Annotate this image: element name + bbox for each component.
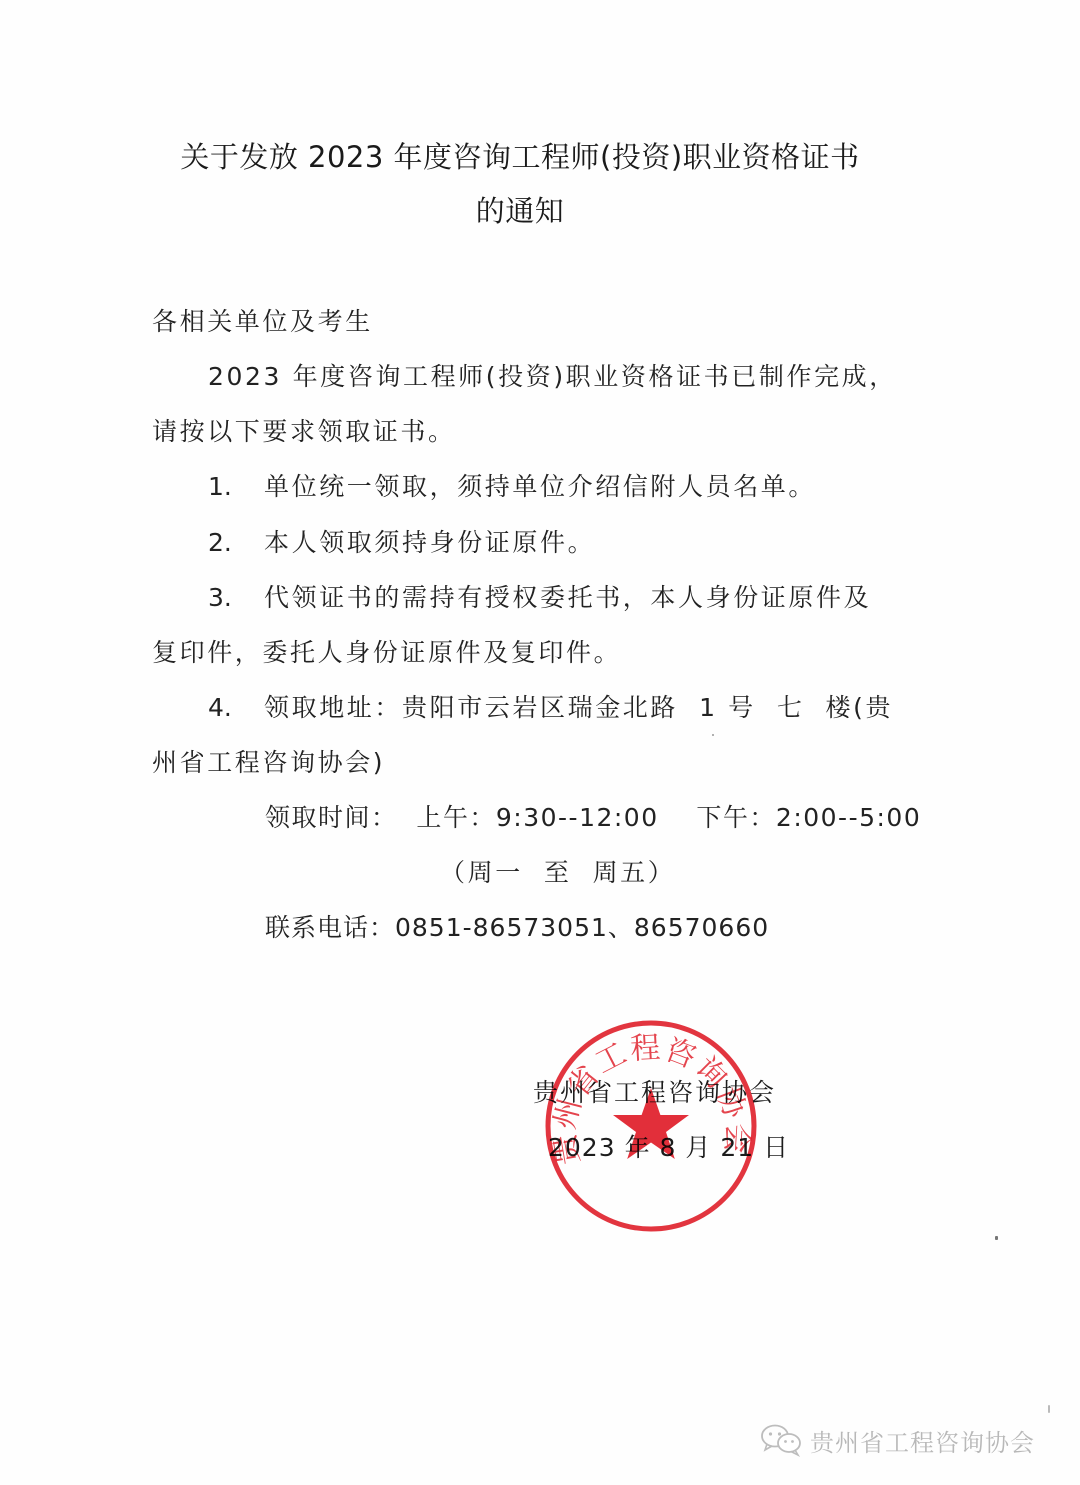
list-item-text: 代领证书的需持有授权委托书，本人身份证原件及: [264, 583, 871, 612]
list-item-2: 2.本人领取须持身份证原件。: [208, 527, 595, 559]
list-item-4: 4.领取地址：贵阳市云岩区瑞金北路 1 号 七 楼(贵: [208, 692, 893, 724]
list-item-number: 1.: [208, 471, 264, 503]
list-item-number: 4.: [208, 692, 264, 724]
watermark: 贵州省工程咨询协会: [760, 1420, 1035, 1460]
document-title-line1: 关于发放 2023 年度咨询工程师(投资)职业资格证书: [140, 139, 900, 175]
list-item-number: 3.: [208, 582, 264, 614]
list-item-text: 单位统一领取，须持单位介绍信附人员名单。: [264, 472, 816, 501]
scan-speck: [995, 1236, 998, 1240]
signature-organization: 贵州省工程咨询协会: [533, 1077, 776, 1109]
watermark-text: 贵州省工程咨询协会: [810, 1423, 1035, 1458]
list-item-text: 本人领取须持身份证原件。: [264, 528, 595, 557]
list-item-number: 2.: [208, 527, 264, 559]
wechat-icon: [760, 1423, 804, 1457]
list-item-3: 3.代领证书的需持有授权委托书，本人身份证原件及: [208, 582, 871, 614]
signature-date: 2023 年 8 月 21 日: [548, 1132, 789, 1164]
list-item-text: 领取地址：贵阳市云岩区瑞金北路 1 号 七 楼(贵: [264, 693, 893, 722]
salutation: 各相关单位及考生: [152, 306, 373, 338]
scan-speck: [712, 734, 714, 736]
document-title-line2: 的通知: [140, 193, 900, 229]
list-item-4-continuation: 州省工程咨询协会): [152, 747, 385, 779]
contact-phone: 联系电话：0851-86573051、86570660: [265, 912, 769, 944]
scan-speck: [1048, 1405, 1050, 1413]
intro-line2: 请按以下要求领取证书。: [152, 416, 456, 448]
pickup-days: （周一 至 周五）: [440, 857, 675, 889]
intro-line1: 2023 年度咨询工程师(投资)职业资格证书已制作完成，: [208, 361, 897, 393]
list-item-3-continuation: 复印件，委托人身份证原件及复印件。: [152, 637, 621, 669]
list-item-1: 1.单位统一领取，须持单位介绍信附人员名单。: [208, 471, 816, 503]
pickup-time: 领取时间： 上午：9:30--12:00 下午：2:00--5:00: [265, 802, 921, 834]
document-page: 关于发放 2023 年度咨询工程师(投资)职业资格证书 的通知 各相关单位及考生…: [0, 0, 1080, 1485]
official-seal: 贵州省工程咨询协会: [543, 1018, 759, 1234]
